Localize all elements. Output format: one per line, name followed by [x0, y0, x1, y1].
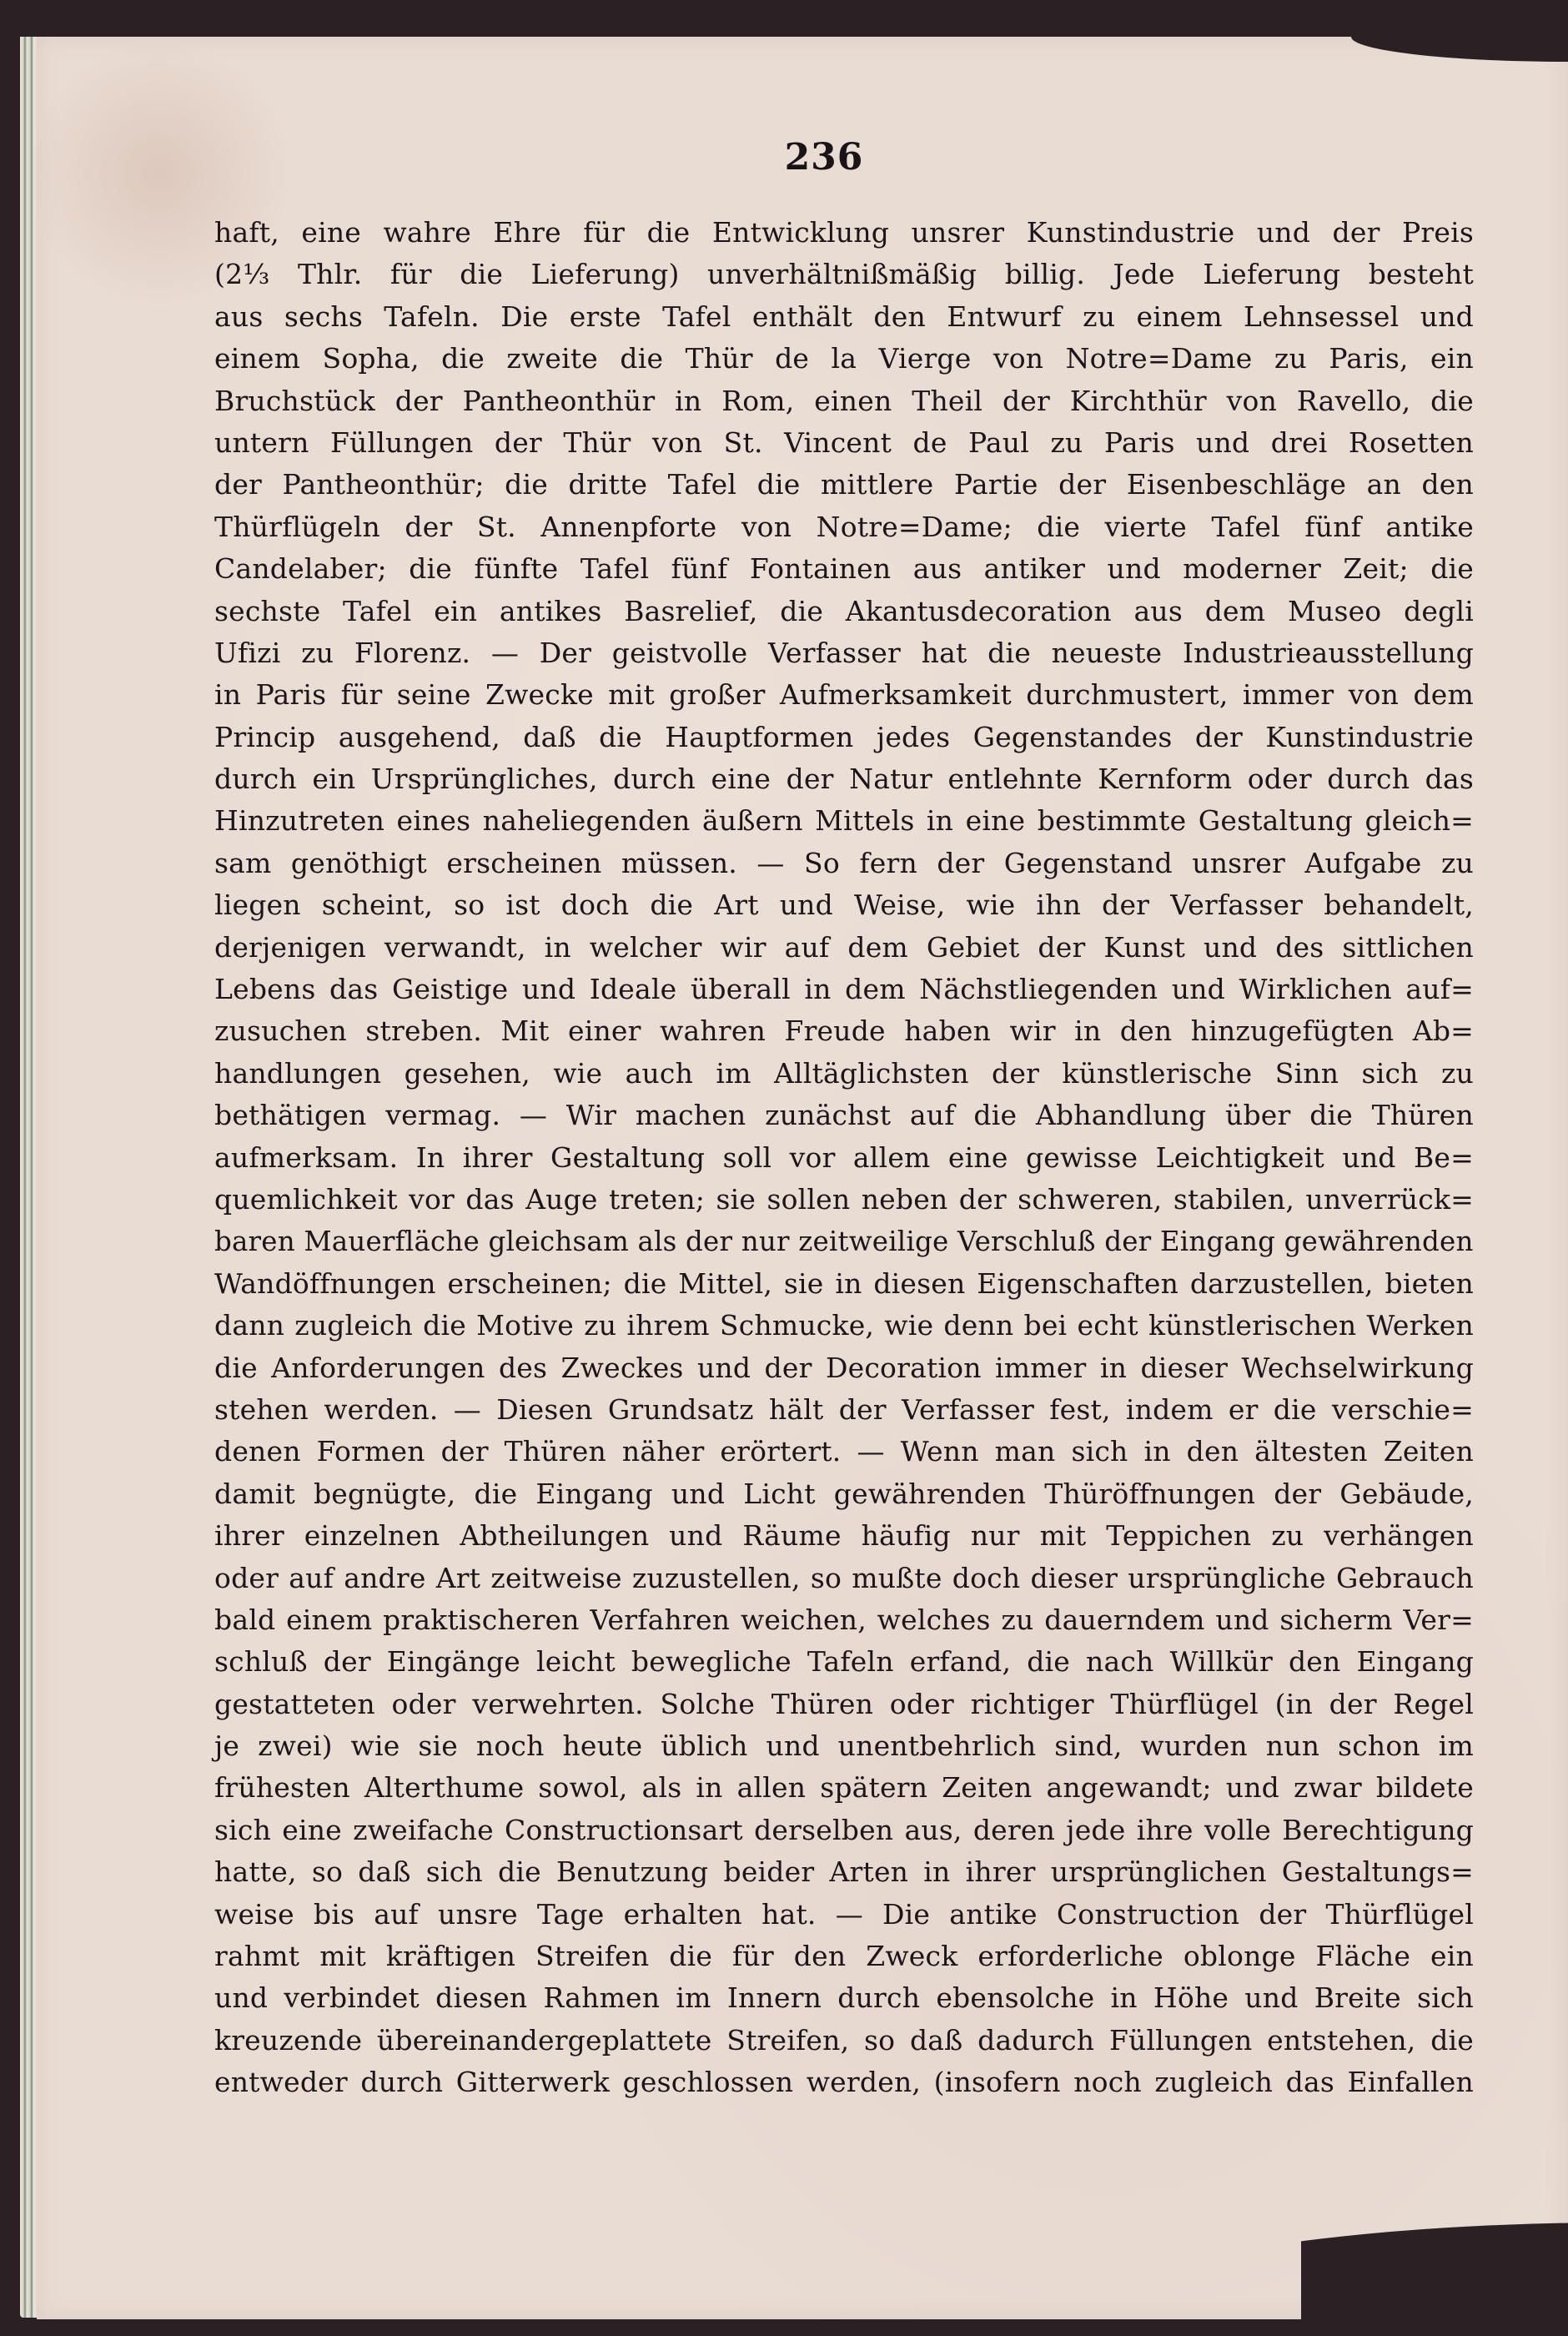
- text-line: Bruchstück der Pantheonthür in Rom, eine…: [214, 380, 1474, 422]
- text-line: sam genöthigt erscheinen müssen. — So fe…: [214, 843, 1474, 884]
- text-line: Thürflügeln der St. Annenpforte von Notr…: [214, 506, 1474, 548]
- text-line: denen Formen der Thüren näher erörtert. …: [214, 1431, 1474, 1473]
- text-line: quemlichkeit vor das Auge treten; sie so…: [214, 1179, 1474, 1221]
- text-line: in Paris für seine Zwecke mit großer Auf…: [214, 674, 1474, 716]
- text-line: gestatteten oder verwehrten. Solche Thür…: [214, 1684, 1474, 1725]
- text-line: stehen werden. — Diesen Grundsatz hält d…: [214, 1389, 1474, 1431]
- text-line: Wandöffnungen erscheinen; die Mittel, si…: [214, 1263, 1474, 1305]
- text-line: dann zugleich die Motive zu ihrem Schmuc…: [214, 1305, 1474, 1347]
- page-number: 236: [40, 136, 1568, 179]
- page-bottom-curl: [1301, 2189, 1568, 2323]
- text-line: sich eine zweifache Constructionsart der…: [214, 1810, 1474, 1851]
- text-line: Ufizi zu Florenz. — Der geistvolle Verfa…: [214, 632, 1474, 674]
- text-line: oder auf andre Art zeitweise zuzustellen…: [214, 1558, 1474, 1599]
- text-line: Lebens das Geistige und Ideale überall i…: [214, 969, 1474, 1010]
- text-line: aus sechs Tafeln. Die erste Tafel enthäl…: [214, 296, 1474, 338]
- text-line: weise bis auf unsre Tage erhalten hat. —…: [214, 1894, 1474, 1936]
- text-line: bald einem praktischeren Verfahren weich…: [214, 1599, 1474, 1641]
- text-line: derjenigen verwandt, in welcher wir auf …: [214, 927, 1474, 969]
- text-line: frühesten Alterthume sowol, als in allen…: [214, 1767, 1474, 1809]
- page-top-curl: [1351, 37, 1568, 62]
- text-line: einem Sopha, die zweite die Thür de la V…: [214, 338, 1474, 380]
- text-line: entweder durch Gitterwerk geschlossen we…: [214, 2062, 1474, 2103]
- text-line: aufmerksam. In ihrer Gestaltung soll vor…: [214, 1137, 1474, 1179]
- text-line: schluß der Eingänge leicht bewegliche Ta…: [214, 1641, 1474, 1683]
- text-line: ihrer einzelnen Abtheilungen und Räume h…: [214, 1515, 1474, 1557]
- text-line: haft, eine wahre Ehre für die Entwicklun…: [214, 212, 1474, 254]
- text-line: damit begnügte, die Eingang und Licht ge…: [214, 1473, 1474, 1515]
- text-line: sechste Tafel ein antikes Basrelief, die…: [214, 591, 1474, 632]
- text-line: je zwei) wie sie noch heute üblich und u…: [214, 1725, 1474, 1767]
- text-line: handlungen gesehen, wie auch im Alltägli…: [214, 1053, 1474, 1095]
- text-line: (2⅓ Thlr. für die Lieferung) unverhältni…: [214, 254, 1474, 295]
- text-line: und verbindet diesen Rahmen im Innern du…: [214, 1977, 1474, 2019]
- text-line: der Pantheonthür; die dritte Tafel die m…: [214, 464, 1474, 506]
- text-line: liegen scheint, so ist doch die Art und …: [214, 884, 1474, 926]
- text-line: baren Mauerfläche gleichsam als der nur …: [214, 1221, 1474, 1262]
- text-line: zusuchen streben. Mit einer wahren Freud…: [214, 1010, 1474, 1052]
- text-line: die Anforderungen des Zweckes und der De…: [214, 1347, 1474, 1389]
- text-line: bethätigen vermag. — Wir machen zunächst…: [214, 1095, 1474, 1136]
- text-line: kreuzende übereinandergeplattete Streife…: [214, 2020, 1474, 2062]
- text-line: untern Füllungen der Thür von St. Vincen…: [214, 422, 1474, 464]
- text-line: Hinzutreten eines naheliegenden äußern M…: [214, 800, 1474, 842]
- text-line: Candelaber; die fünfte Tafel fünf Fontai…: [214, 548, 1474, 590]
- text-line: Princip ausgehend, daß die Hauptformen j…: [214, 717, 1474, 758]
- text-line: durch ein Ursprüngliches, durch eine der…: [214, 758, 1474, 800]
- text-line: rahmt mit kräftigen Streifen die für den…: [214, 1936, 1474, 1977]
- text-line: hatte, so daß sich die Benutzung beider …: [214, 1851, 1474, 1893]
- body-text: haft, eine wahre Ehre für die Entwicklun…: [214, 212, 1474, 2104]
